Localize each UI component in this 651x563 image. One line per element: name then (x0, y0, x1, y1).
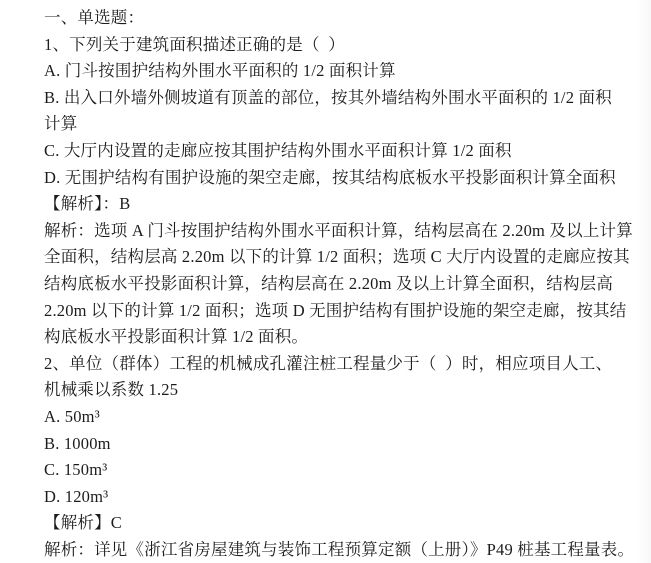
q1-stem: 1、下列关于建筑面积描述正确的是（ ） (44, 32, 616, 59)
q1-option-b-line1: B. 出入口外墙外侧坡道有顶盖的部位，按其外墙结构外围水平面积的 1/2 面积 (44, 85, 616, 112)
q1-answer: 【解析】：B (44, 191, 616, 218)
q2-option-a: A. 50m³ (44, 404, 616, 431)
q1-explanation-line2: 全面积，结构层高 2.20m 以下的计算 1/2 面积；选项 C 大厅内设置的走… (44, 244, 616, 271)
scan-edge-shading (637, 0, 651, 563)
q1-explanation-line5: 构底板水平投影面积计算 1/2 面积。 (44, 324, 616, 351)
q2-option-c: C. 150m³ (44, 457, 616, 484)
q1-explanation-line3: 结构底板水平投影面积计算，结构层高在 2.20m 及以上计算全面积，结构层高 (44, 271, 616, 298)
q1-option-d: D. 无围护结构有围护设施的架空走廊，按其结构底板水平投影面积计算全面积 (44, 165, 616, 192)
q2-option-d: D. 120m³ (44, 484, 616, 511)
q2-answer: 【解析】C (44, 510, 616, 537)
q1-option-b-line2: 计算 (44, 111, 616, 138)
q2-option-b: B. 1000m (44, 431, 616, 458)
document-page: 一、单选题： 1、下列关于建筑面积描述正确的是（ ） A. 门斗按围护结构外围水… (44, 5, 616, 563)
q1-explanation-line4: 2.20m 以下的计算 1/2 面积；选项 D 无围护结构有围护设施的架空走廊，… (44, 298, 616, 325)
q1-option-c: C. 大厅内设置的走廊应按其围护结构外围水平面积计算 1/2 面积 (44, 138, 616, 165)
q2-stem-line2: 机械乘以系数 1.25 (44, 377, 616, 404)
section-heading: 一、单选题： (44, 5, 616, 32)
q2-stem-line1: 2、单位（群体）工程的机械成孔灌注桩工程量少于（ ）时，相应项目人工、 (44, 351, 616, 378)
q1-option-a: A. 门斗按围护结构外围水平面积的 1/2 面积计算 (44, 58, 616, 85)
q2-explanation-line1: 解析：详见《浙江省房屋建筑与装饰工程预算定额（上册）》P49 桩基工程量表。 (44, 537, 616, 563)
q1-explanation-line1: 解析：选项 A 门斗按围护结构外围水平面积计算，结构层高在 2.20m 及以上计… (44, 218, 616, 245)
